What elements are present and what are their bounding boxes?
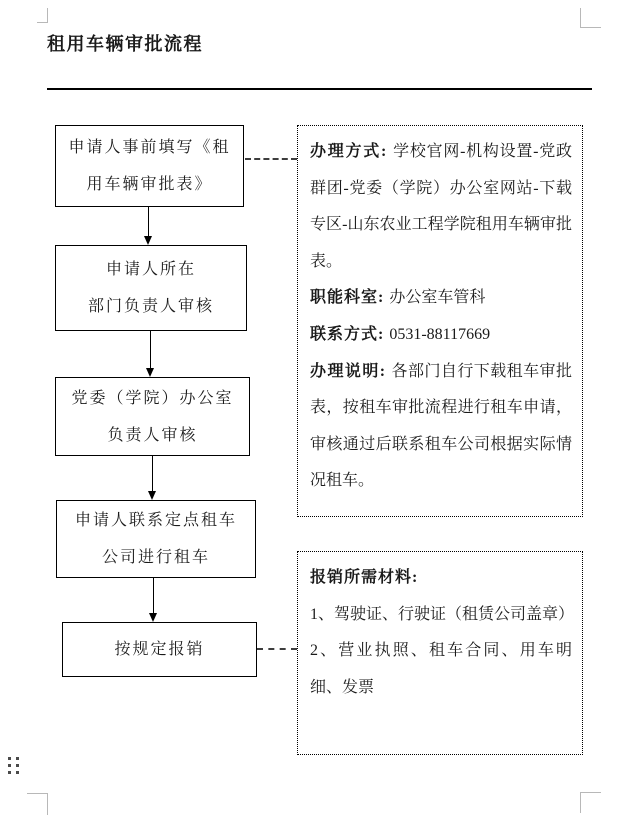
down-arrow-icon-4 (149, 578, 158, 622)
flow-step-3-line-1: 党委（学院）办公室 (71, 380, 233, 417)
info-text-method: 学校官网-机构设置-党政群团-党委（学院）办公室网站-下载专区-山东农业工程学院… (310, 143, 572, 270)
dashed-connector-2 (257, 648, 297, 650)
down-arrow-icon-2 (146, 331, 155, 377)
info-paragraph-notes: 办理说明:各部门自行下载租车审批表，按租车审批流程进行租车申请，审核通过后联系租… (310, 354, 572, 500)
materials-box: 报销所需材料: 1、驾驶证、行驶证（租赁公司盖章） 2、营业执照、租车合同、用车… (297, 551, 583, 755)
document-page: 租用车辆审批流程 申请人事前填写《租 用车辆审批表》 申请人所在 部门负责人审核… (0, 0, 638, 824)
info-box: 办理方式:学校官网-机构设置-党政群团-党委（学院）办公室网站-下载专区-山东农… (297, 125, 583, 517)
text-boundary-mark-bottom-right (580, 792, 601, 813)
flow-step-2-line-1: 申请人所在 (106, 251, 196, 288)
info-text-notes: 各部门自行下载租车审批表，按租车审批流程进行租车申请，审核通过后联系租车公司根据… (310, 363, 572, 490)
flow-step-2-line-2: 部门负责人审核 (88, 288, 214, 325)
flow-step-4-line-2: 公司进行租车 (102, 539, 210, 576)
text-boundary-mark-bottom-left (27, 793, 48, 815)
flow-step-1-line-2: 用车辆审批表》 (86, 166, 212, 203)
text-boundary-mark-top-right (580, 8, 601, 28)
info-paragraph-office: 职能科室:办公室车管科 (310, 280, 572, 317)
flow-step-4: 申请人联系定点租车 公司进行租车 (56, 500, 256, 578)
info-paragraph-method: 办理方式:学校官网-机构设置-党政群团-党委（学院）办公室网站-下载专区-山东农… (310, 134, 572, 280)
down-arrow-icon-3 (148, 456, 157, 500)
flow-step-5: 按规定报销 (62, 622, 257, 677)
materials-title: 报销所需材料: (310, 560, 572, 597)
flow-step-5-line-1: 按规定报销 (114, 631, 204, 668)
info-text-office: 办公室车管科 (389, 289, 485, 306)
dots-grid-icon (8, 757, 19, 774)
info-paragraph-contact: 联系方式:0531-88117669 (310, 317, 572, 354)
dashed-connector-1 (245, 158, 297, 160)
info-label-notes: 办理说明: (310, 363, 386, 380)
info-label-method: 办理方式: (310, 143, 387, 160)
info-label-office: 职能科室: (310, 289, 384, 306)
flow-step-1-line-1: 申请人事前填写《租 (68, 129, 230, 166)
flow-step-2: 申请人所在 部门负责人审核 (55, 245, 247, 331)
flow-step-1: 申请人事前填写《租 用车辆审批表》 (55, 125, 244, 207)
page-title: 租用车辆审批流程 (47, 30, 203, 56)
flow-step-4-line-1: 申请人联系定点租车 (75, 502, 237, 539)
info-label-contact: 联系方式: (310, 326, 384, 343)
down-arrow-icon-1 (144, 207, 153, 245)
materials-item-2: 2、营业执照、租车合同、用车明细、发票 (310, 633, 572, 706)
flow-step-3: 党委（学院）办公室 负责人审核 (55, 377, 250, 456)
materials-item-1: 1、驾驶证、行驶证（租赁公司盖章） (310, 597, 572, 634)
text-boundary-mark-top-left (37, 8, 48, 23)
flow-step-3-line-2: 负责人审核 (107, 417, 197, 454)
title-rule (47, 88, 592, 90)
info-text-contact: 0531-88117669 (389, 326, 490, 343)
